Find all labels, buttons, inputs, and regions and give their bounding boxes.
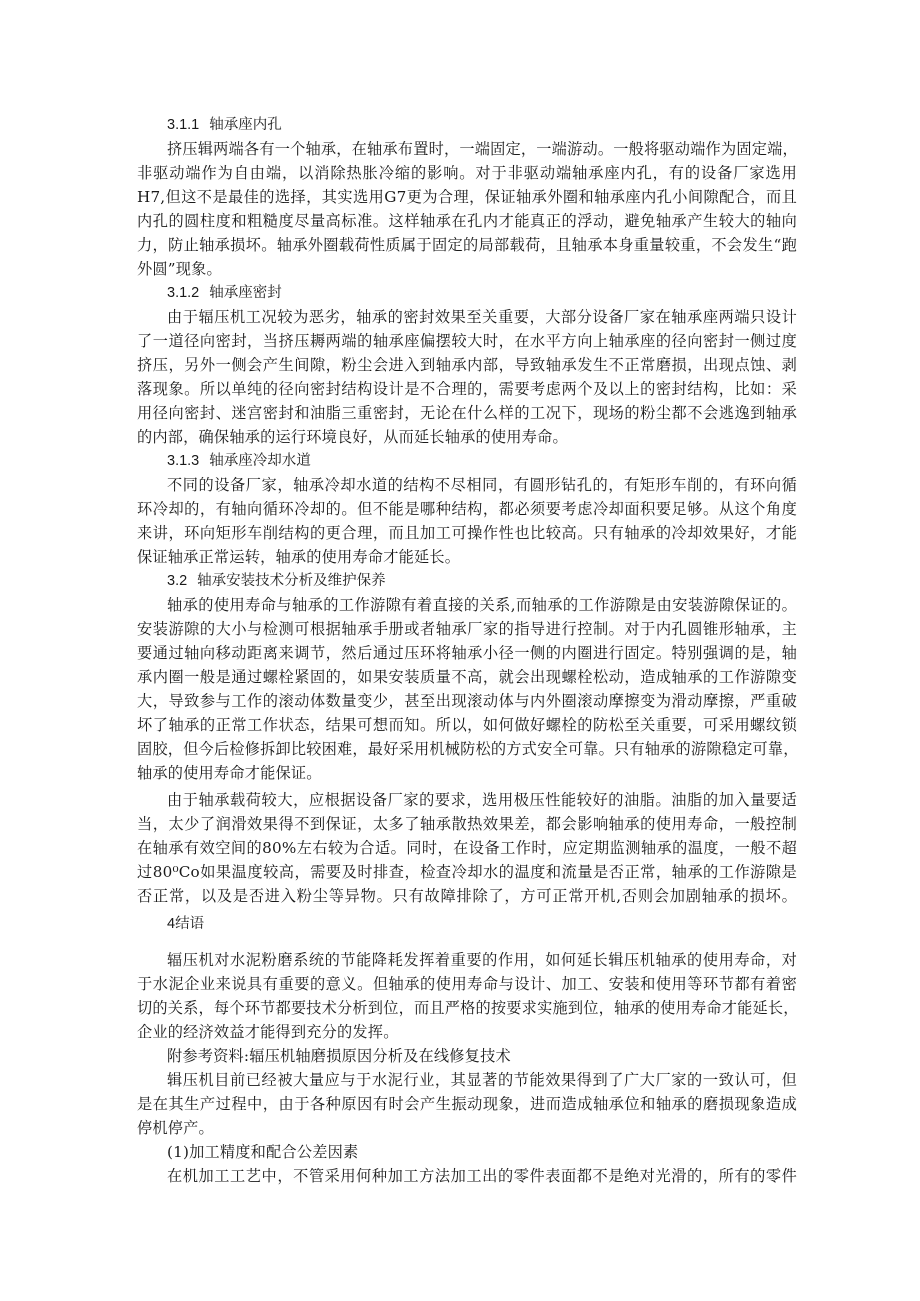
paragraph-line: 在轴承有效空间的80%左右较为合适。同时，在设备工作时，应定期监测轴承的温度，一…: [137, 838, 797, 858]
paragraph-line: 环冷却的，有轴向循环冷却的。但不能是哪种结构，都必须要考虑冷却面积要足够。从这个…: [137, 499, 797, 519]
heading-title: 轴承安装技术分析及维护保养: [197, 573, 386, 589]
paragraph-line: 挤压，另外一侧会产生间隙，粉尘会进入到轴承内部，导致轴承发生不正常磨损，出现点蚀…: [137, 355, 797, 375]
heading-number: 3.1.3: [167, 453, 199, 469]
paragraph-line: 安装游隙的大小与检测可根据轴承手册或者轴承厂家的指导进行控制。对于内孔圆锥形轴承…: [137, 619, 797, 639]
paragraph-line: 坏了轴承的正常工作状态，结果可想而知。所以，如何做好螺栓的防松至关重要，可采用螺…: [137, 715, 797, 735]
section-heading-3-1-2: 3.1.2轴承座密封: [167, 283, 282, 303]
paragraph-line: 落现象。所以单纯的径向密封结构设计是不合理的，需要考虑两个及以上的密封结构，比如…: [137, 379, 797, 399]
paragraph-line: 当，太少了润滑效果得不到保证，太多了轴承散热效果差，都会影响轴承的使用寿命，一般…: [137, 814, 797, 834]
heading-number: 3.1.2: [167, 285, 199, 301]
paragraph-line: 辑压机目前已经被大量应与于水泥行业，其显著的节能效果得到了广大厂家的一致认可，但: [167, 1070, 797, 1090]
paragraph-line: 轴承的使用寿命才能保证。: [137, 763, 797, 783]
paragraph-line: 外圆”现象。: [137, 259, 797, 279]
paragraph-line: 要通过轴向移动距离来调节，然后通过压环将轴承小径一侧的内圈进行固定。特别强调的是…: [137, 643, 797, 663]
paragraph-line: 由于轴承载荷较大，应根据设备厂家的要求，选用极压性能较好的油脂。油脂的加入量要适: [167, 790, 797, 810]
paragraph-line: 保证轴承正常运转，轴承的使用寿命才能延长。: [137, 547, 797, 567]
paragraph-line: 是在其生产过程中，由于各种原因有时会产生振动现象，进而造成轴承位和轴承的磨损现象…: [137, 1094, 797, 1114]
paragraph-line: 承内圈一般是通过螺栓紧固的，如果安装质量不高，就会出现螺栓松动，造成轴承的工作游…: [137, 667, 797, 687]
heading-title: 轴承座内孔: [209, 117, 282, 133]
paragraph-line: 辐压机对水泥粉磨系统的节能降耗发挥着重要的作用，如何延长辑压机轴承的使用寿命，对: [167, 950, 797, 970]
paragraph-line: 的内部，确保轴承的运行环境良好，从而延长轴承的使用寿命。: [137, 427, 797, 447]
section-heading-3-1-1: 3.1.1轴承座内孔: [167, 115, 282, 135]
paragraph-line: 力，防止轴承损坏。轴承外圈载荷性质属于固定的局部载荷，且轴承本身重量较重，不会发…: [137, 235, 797, 255]
section-heading-3-2: 3.2轴承安装技术分析及维护保养: [167, 571, 386, 591]
heading-title: 结语: [175, 916, 204, 932]
paragraph-line: 过80⁰Co如果温度较高，需要及时排查，检查冷却水的温度和流量是否正常，轴承的工…: [137, 862, 797, 882]
paragraph-line: 企业的经济效益才能得到充分的发挥。: [137, 1022, 797, 1042]
subsection-title: (1)加工精度和配合公差因素: [167, 1142, 797, 1162]
paragraph-line: 非驱动端作为自由端，以消除热胀冷缩的影响。对于非驱动端轴承座内孔，有的设备厂家选…: [137, 163, 797, 183]
paragraph-line: 了一道径向密封，当挤压耨两端的轴承座偏摆较大时，在水平方向上轴承座的径向密封一侧…: [137, 331, 797, 351]
heading-title: 轴承座冷却水道: [209, 453, 311, 469]
paragraph-line: 停机停产。: [137, 1118, 797, 1138]
section-heading-4: 4结语: [167, 914, 204, 934]
section-heading-3-1-3: 3.1.3轴承座冷却水道: [167, 451, 311, 471]
paragraph-line: 不同的设备厂家，轴承冷却水道的结构不尽相同，有圆形钻孔的，有矩形车削的，有环向循: [167, 475, 797, 495]
heading-number: 4: [167, 916, 175, 932]
paragraph-line: H7,但这不是最佳的选择，其实选用G7更为合理，保证轴承外圈和轴承座内孔小间隙配…: [137, 187, 797, 207]
paragraph-line: 挤压辑两端各有一个轴承，在轴承布置时，一端固定，一端游动。一般将驱动端作为固定端…: [167, 139, 797, 159]
paragraph-line: 于水泥企业来说具有重要的意义。但轴承的使用寿命与设计、加工、安装和使用等环节都有…: [137, 974, 797, 994]
paragraph-line: 否正常，以及是否进入粉尘等异物。只有故障排除了，方可正常开机,否则会加剧轴承的损…: [137, 886, 797, 906]
heading-number: 3.2: [167, 573, 187, 589]
paragraph-line: 由于辐压机工况较为恶劣，轴承的密封效果至关重要，大部分设备厂家在轴承座两端只设计: [167, 307, 797, 327]
paragraph-line: 固胶，但今后检修拆卸比较困难，最好采用机械防松的方式安全可靠。只有轴承的游隙稳定…: [137, 739, 797, 759]
heading-title: 轴承座密封: [209, 285, 282, 301]
paragraph-line: 用径向密封、迷宫密封和油脂三重密封，无论在什么样的工况下，现场的粉尘都不会逃逸到…: [137, 403, 797, 423]
paragraph-line: 轴承的使用寿命与轴承的工作游隙有着直接的关系,而轴承的工作游隙是由安装游隙保证的…: [167, 595, 797, 615]
paragraph-line: 在机加工工艺中，不管采用何种加工方法加工出的零件表面都不是绝对光滑的，所有的零件: [167, 1166, 797, 1186]
heading-number: 3.1.1: [167, 117, 199, 133]
document-page: 3.1.1轴承座内孔 挤压辑两端各有一个轴承，在轴承布置时，一端固定，一端游动。…: [0, 0, 920, 1301]
paragraph-line: 来讲，环向矩形车削结构的更合理，而且加工可操作性也比较高。只有轴承的冷却效果好，…: [137, 523, 797, 543]
paragraph-line: 内孔的圆柱度和粗糙度尽量高标准。这样轴承在孔内才能真正的浮动，避免轴承产生较大的…: [137, 211, 797, 231]
paragraph-line: 切的关系，每个环节都要技术分析到位，而且严格的按要求实施到位，轴承的使用寿命才能…: [137, 998, 797, 1018]
paragraph-line: 大，导致参与工作的滚动体数量变少，甚至出现滚动体与内外圈滚动摩擦变为滑动摩擦，严…: [137, 691, 797, 711]
reference-title: 附参考资料:辐压机轴磨损原因分析及在线修复技术: [167, 1046, 797, 1066]
